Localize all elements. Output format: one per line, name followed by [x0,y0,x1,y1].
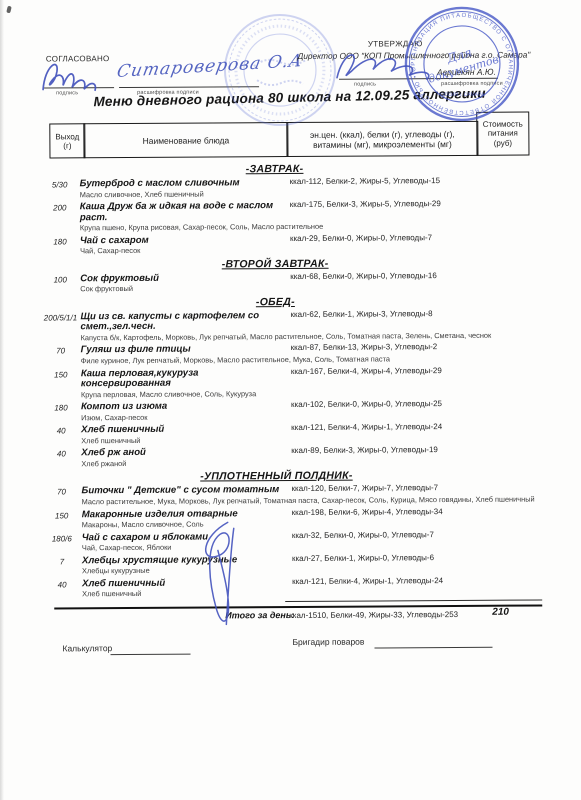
row-nutrition: ккал-27, Белки-1, Жиры-0, Углеводы-6 [292,552,542,565]
row-dish-name: Хлеб пшеничный [81,424,291,436]
row-dish-name: Сок фруктовый [80,273,290,285]
row-nutrition: ккал-121, Белки-4, Жиры-1, Углеводы-24 [291,422,541,435]
row-weight: 180 [40,236,80,247]
row-weight: 150 [42,510,82,521]
row-ingredients: Крупа пшено, Крупа рисовая, Сахар-песок,… [80,222,540,233]
row-ingredients: Хлеб пшеничный [82,588,542,599]
row-nutrition: ккал-87, Белки-13, Жиры-3, Углеводы-2 [291,342,541,355]
row-weight: 40 [41,426,81,437]
menu-row: 180/6 Чай с сахаром и яблоками ккал-32, … [42,530,542,553]
brigadier-label: Бригадир поваров [292,636,364,646]
row-nutrition: ккал-62, Белки-1, Жиры-3, Углеводы-8 [290,308,540,332]
row-ingredients: Масло сливочное, Хлеб пшеничный [80,188,540,199]
row-nutrition: ккал-121, Белки-4, Жиры-1, Углеводы-24 [292,575,542,588]
row-weight: 7 [42,556,82,567]
row-ingredients: Хлеб ржаной [81,457,541,468]
row-weight: 200/5/1/1 [40,312,80,333]
calculator-label: Калькулятор [62,643,112,653]
menu-row: 200/5/1/1 Щи из св. капусты с картофелем… [40,309,540,343]
row-ingredients: Чай, Сахар-песок, Яблоки [82,542,542,553]
agreed-signature [37,49,127,100]
row-weight: 70 [42,487,82,498]
row-weight: 5/30 [40,179,80,190]
calculator-signature-line [111,654,191,655]
col-weight: Выход (г) [49,123,85,158]
row-nutrition: ккал-32, Белки-0, Жиры-0, Углеводы-7 [292,529,542,542]
section-second-breakfast: -ВТОРОЙ ЗАВТРАК- [25,256,525,271]
menu-row: 150 Макаронные изделия отварные ккал-198… [42,507,542,530]
footer-captions: Калькулятор Бригадир поваров [42,630,542,683]
row-nutrition: ккал-102, Белки-0, Жиры-0, Углеводы-25 [291,399,541,412]
calculator-signature [182,516,263,636]
menu-row: 40 Хлеб пшеничный ккал-121, Белки-4, Жир… [41,423,541,446]
row-ingredients: Крупа перловая, Масло сливочное, Соль, К… [81,388,541,399]
menu-row: 100 Сок фруктовый ккал-68, Белки-0, Жиры… [40,271,540,294]
row-ingredients: Макароны, Масло сливочное, Соль [82,519,542,530]
menu-row: 70 Биточки " Детские" с сусом томатным к… [42,484,542,507]
stamp-bottom-text: ОССИЯ г. САМАРА [440,92,485,98]
table-bottom-thin-rule [285,599,542,602]
row-ingredients: Чай, Сахар-песок [80,245,540,256]
row-nutrition: ккал-175, Белки-3, Жиры-5, Углеводы-29 [290,199,540,223]
scanned-menu-document: СОГЛАСОВАНО подпись расшифровка подписи … [0,0,581,800]
menu-row: 40 Хлеб пшеничный ккал-121, Белки-4, Жир… [42,576,542,599]
menu-row: 150 Каша перловая,кукуруза консервирован… [41,366,541,400]
menu-row: 180 Компот из изюма ккал-102, Белки-0, Ж… [41,400,541,423]
row-dish-name: Каша Друж ба ж идкая на воде с маслом ра… [80,201,290,223]
row-weight: 180 [41,402,81,413]
row-nutrition: ккал-167, Белки-4, Жиры-4, Углеводы-29 [291,365,541,389]
row-nutrition: ккал-29, Белки-0, Жиры-0, Углеводы-7 [290,232,540,245]
menu-row: 40 Хлеб рж аной ккал-89, Белки-3, Жиры-0… [41,446,541,469]
row-ingredients: Филе куриное, Лук репчатый, Морковь, Мас… [81,354,541,365]
row-weight: 40 [42,579,82,590]
row-ingredients: Хлебцы кукурузные [82,565,542,576]
menu-row: 5/30 Бутерброд с маслом сливочным ккал-1… [40,176,540,199]
row-ingredients: Сок фруктовый [80,283,540,294]
row-nutrition: ккал-112, Белки-2, Жиры-5, Углеводы-15 [290,175,540,188]
section-breakfast: -ЗАВТРАК- [25,162,525,177]
row-dish-name: Каша перловая,кукуруза консервированная [81,368,291,390]
row-ingredients: Хлеб пшеничный [81,434,541,445]
row-ingredients: Капуста б/к, Картофель, Морковь, Лук реп… [81,331,541,342]
row-weight: 70 [41,346,81,357]
row-nutrition: ккал-89, Белки-3, Жиры-0, Углеводы-19 [291,445,541,458]
row-nutrition: ккал-198, Белки-6, Жиры-4, Углеводы-34 [292,506,542,519]
row-ingredients: Масло растительное, Мука, Морковь, Лук р… [82,495,542,506]
menu-row: 180 Чай с сахаром ккал-29, Белки-0, Жиры… [40,233,540,256]
section-snack: -УПЛОТНЕННЫЙ ПОЛДНИК- [26,469,526,484]
row-dish-name: Компот из изюма [81,401,291,413]
row-weight: 200 [40,202,80,223]
menu-row: 70 Гуляш из филе птицы ккал-87, Белки-13… [41,343,541,366]
row-weight: 150 [41,369,81,390]
row-dish-name: Бутерброд с маслом сливочным [80,178,290,190]
row-nutrition: ккал-68, Белки-0, Жиры-0, Углеводы-16 [290,270,540,283]
brigadier-signature-line [374,647,492,649]
totals-cost: 210 [492,607,509,618]
menu-row: 200 Каша Друж ба ж идкая на воде с масло… [40,200,540,234]
row-weight: 180/6 [42,533,82,544]
row-dish-name: Чай с сахаром [80,235,290,247]
row-dish-name: Хлеб рж аной [81,447,291,459]
totals-row: Итого за день: ккал-1510, Белки-49, Жиры… [42,608,542,627]
row-dish-name: Щи из св. капусты с картофелем со смет.,… [80,311,290,333]
totals-values: ккал-1510, Белки-49, Жиры-33, Углеводы-2… [289,610,458,620]
row-weight: 100 [40,274,80,285]
approved-signature [329,43,444,86]
row-weight: 40 [41,449,81,460]
menu-body: -ЗАВТРАК- 5/30 Бутерброд с маслом сливоч… [40,159,543,683]
row-ingredients: Изюм, Сахар-песок [81,411,541,422]
section-lunch: -ОБЕД- [25,294,525,309]
faint-round-stamp [219,8,342,133]
menu-row: 7 Хлебцы хрустящие кукурузные ккал-27, Б… [42,553,542,576]
